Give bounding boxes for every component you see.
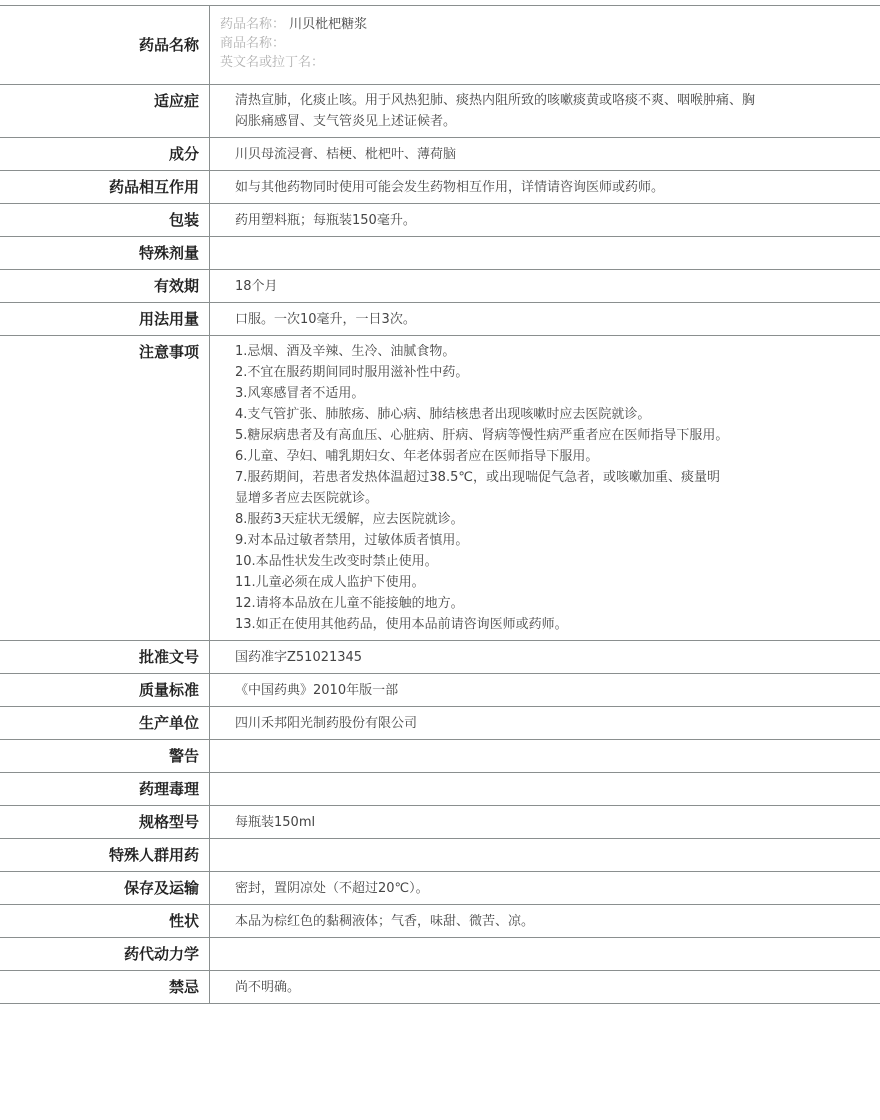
value-contraindications: 尚不明确。 <box>210 971 880 1004</box>
label-shelf-life: 有效期 <box>0 270 210 303</box>
precaution-item: 1.忌烟、酒及辛辣、生冷、油腻食物。 <box>235 341 880 362</box>
row-storage: 保存及运输 密封，置阴凉处（不超过20℃）。 <box>0 872 880 905</box>
row-precautions: 注意事项 1.忌烟、酒及辛辣、生冷、油腻食物。 2.不宜在服药期间同时服用滋补性… <box>0 336 880 641</box>
row-contraindications: 禁忌 尚不明确。 <box>0 971 880 1004</box>
row-special-dosage: 特殊剂量 <box>0 237 880 270</box>
drug-info-container: 药品名称 药品名称： 川贝枇杷糖浆 商品名称： 英文名或拉丁名： 适应症 清热宣… <box>0 5 880 1004</box>
row-shelf-life: 有效期 18个月 <box>0 270 880 303</box>
label-warning: 警告 <box>0 740 210 773</box>
precaution-item: 13.如正在使用其他药品，使用本品前请咨询医师或药师。 <box>235 614 880 635</box>
label-manufacturer: 生产单位 <box>0 707 210 740</box>
precaution-item: 8.服药3天症状无缓解，应去医院就诊。 <box>235 509 880 530</box>
precaution-item: 显增多者应去医院就诊。 <box>235 488 880 509</box>
drug-info-table: 药品名称 药品名称： 川贝枇杷糖浆 商品名称： 英文名或拉丁名： 适应症 清热宣… <box>0 5 880 1004</box>
label-description: 性状 <box>0 905 210 938</box>
precaution-item: 6.儿童、孕妇、哺乳期妇女、年老体弱者应在医师指导下服用。 <box>235 446 880 467</box>
precaution-item: 5.糖尿病患者及有高血压、心脏病、肝病、肾病等慢性病严重者应在医师指导下服用。 <box>235 425 880 446</box>
row-manufacturer: 生产单位 四川禾邦阳光制药股份有限公司 <box>0 707 880 740</box>
row-approval-number: 批准文号 国药准字Z51021345 <box>0 641 880 674</box>
precaution-item: 12.请将本品放在儿童不能接触的地方。 <box>235 593 880 614</box>
value-indications: 清热宣肺，化痰止咳。用于风热犯肺、痰热内阻所致的咳嗽痰黄或咯痰不爽、咽喉肿痛、胸… <box>210 85 880 138</box>
value-pharmacology <box>210 773 880 806</box>
generic-name: 药品名称： 川贝枇杷糖浆 <box>220 15 880 34</box>
value-specification: 每瓶装150ml <box>210 806 880 839</box>
precautions-list: 1.忌烟、酒及辛辣、生冷、油腻食物。 2.不宜在服药期间同时服用滋补性中药。 3… <box>235 336 880 640</box>
value-interactions: 如与其他药物同时使用可能会发生药物相互作用，详情请咨询医师或药师。 <box>210 171 880 204</box>
row-description: 性状 本品为棕红色的黏稠液体；气香，味甜、微苦、凉。 <box>0 905 880 938</box>
value-manufacturer: 四川禾邦阳光制药股份有限公司 <box>210 707 880 740</box>
row-indications: 适应症 清热宣肺，化痰止咳。用于风热犯肺、痰热内阻所致的咳嗽痰黄或咯痰不爽、咽喉… <box>0 85 880 138</box>
label-special-populations: 特殊人群用药 <box>0 839 210 872</box>
label-pharmacokinetics: 药代动力学 <box>0 938 210 971</box>
value-shelf-life: 18个月 <box>210 270 880 303</box>
row-usage: 用法用量 口服。一次10毫升，一日3次。 <box>0 303 880 336</box>
label-interactions: 药品相互作用 <box>0 171 210 204</box>
precaution-item: 7.服药期间，若患者发热体温超过38.5℃，或出现喘促气急者，或咳嗽加重、痰量明 <box>235 467 880 488</box>
label-pharmacology: 药理毒理 <box>0 773 210 806</box>
label-quality-standard: 质量标准 <box>0 674 210 707</box>
value-packaging: 药用塑料瓶；每瓶装150毫升。 <box>210 204 880 237</box>
precaution-item: 11.儿童必须在成人监护下使用。 <box>235 572 880 593</box>
value-pharmacokinetics <box>210 938 880 971</box>
row-drug-name: 药品名称 药品名称： 川贝枇杷糖浆 商品名称： 英文名或拉丁名： <box>0 6 880 85</box>
label-usage: 用法用量 <box>0 303 210 336</box>
label-indications: 适应症 <box>0 85 210 138</box>
row-packaging: 包装 药用塑料瓶；每瓶装150毫升。 <box>0 204 880 237</box>
label-drug-name: 药品名称 <box>0 6 210 85</box>
precaution-item: 4.支气管扩张、肺脓疡、肺心病、肺结核患者出现咳嗽时应去医院就诊。 <box>235 404 880 425</box>
value-storage: 密封，置阴凉处（不超过20℃）。 <box>210 872 880 905</box>
value-warning <box>210 740 880 773</box>
value-special-dosage <box>210 237 880 270</box>
precaution-item: 9.对本品过敏者禁用，过敏体质者慎用。 <box>235 530 880 551</box>
row-special-populations: 特殊人群用药 <box>0 839 880 872</box>
english-name: 英文名或拉丁名： <box>220 53 880 72</box>
precaution-item: 3.风寒感冒者不适用。 <box>235 383 880 404</box>
row-interactions: 药品相互作用 如与其他药物同时使用可能会发生药物相互作用，详情请咨询医师或药师。 <box>0 171 880 204</box>
value-usage: 口服。一次10毫升，一日3次。 <box>210 303 880 336</box>
value-precautions: 1.忌烟、酒及辛辣、生冷、油腻食物。 2.不宜在服药期间同时服用滋补性中药。 3… <box>210 336 880 641</box>
value-special-populations <box>210 839 880 872</box>
label-special-dosage: 特殊剂量 <box>0 237 210 270</box>
label-packaging: 包装 <box>0 204 210 237</box>
value-quality-standard: 《中国药典》2010年版一部 <box>210 674 880 707</box>
label-contraindications: 禁忌 <box>0 971 210 1004</box>
value-description: 本品为棕红色的黏稠液体；气香，味甜、微苦、凉。 <box>210 905 880 938</box>
row-pharmacology: 药理毒理 <box>0 773 880 806</box>
row-ingredients: 成分 川贝母流浸膏、桔梗、枇杷叶、薄荷脑 <box>0 138 880 171</box>
label-ingredients: 成分 <box>0 138 210 171</box>
row-pharmacokinetics: 药代动力学 <box>0 938 880 971</box>
value-approval-number: 国药准字Z51021345 <box>210 641 880 674</box>
trade-name: 商品名称： <box>220 34 880 53</box>
precaution-item: 2.不宜在服药期间同时服用滋补性中药。 <box>235 362 880 383</box>
drug-name-values: 药品名称： 川贝枇杷糖浆 商品名称： 英文名或拉丁名： <box>210 6 880 85</box>
precaution-item: 10.本品性状发生改变时禁止使用。 <box>235 551 880 572</box>
row-quality-standard: 质量标准 《中国药典》2010年版一部 <box>0 674 880 707</box>
label-precautions: 注意事项 <box>0 336 210 641</box>
row-specification: 规格型号 每瓶装150ml <box>0 806 880 839</box>
row-warning: 警告 <box>0 740 880 773</box>
label-storage: 保存及运输 <box>0 872 210 905</box>
value-ingredients: 川贝母流浸膏、桔梗、枇杷叶、薄荷脑 <box>210 138 880 171</box>
label-specification: 规格型号 <box>0 806 210 839</box>
label-approval-number: 批准文号 <box>0 641 210 674</box>
